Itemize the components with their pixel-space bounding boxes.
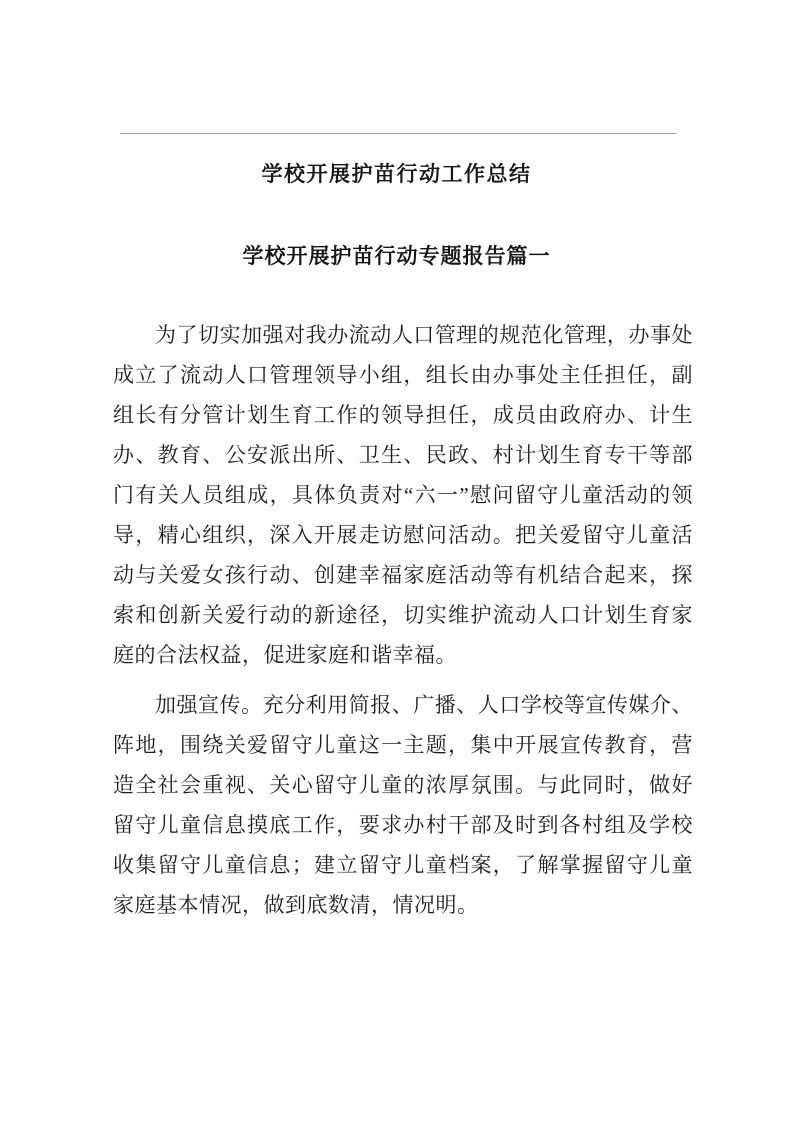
document-title: 学校开展护苗行动工作总结 xyxy=(0,161,793,187)
document-body: 为了切实加强对我办流动人口管理的规范化管理，办事处成立了流动人口管理领导小组，组… xyxy=(113,315,693,935)
document-subtitle: 学校开展护苗行动专题报告篇一 xyxy=(0,243,793,269)
document-page: 学校开展护苗行动工作总结 学校开展护苗行动专题报告篇一 为了切实加强对我办流动人… xyxy=(0,0,793,1122)
paragraph-1: 为了切实加强对我办流动人口管理的规范化管理，办事处成立了流动人口管理领导小组，组… xyxy=(113,315,693,675)
header-divider xyxy=(120,133,676,134)
paragraph-2: 加强宣传。充分利用简报、广播、人口学校等宣传媒介、阵地，围绕关爱留守儿童这一主题… xyxy=(113,685,693,925)
